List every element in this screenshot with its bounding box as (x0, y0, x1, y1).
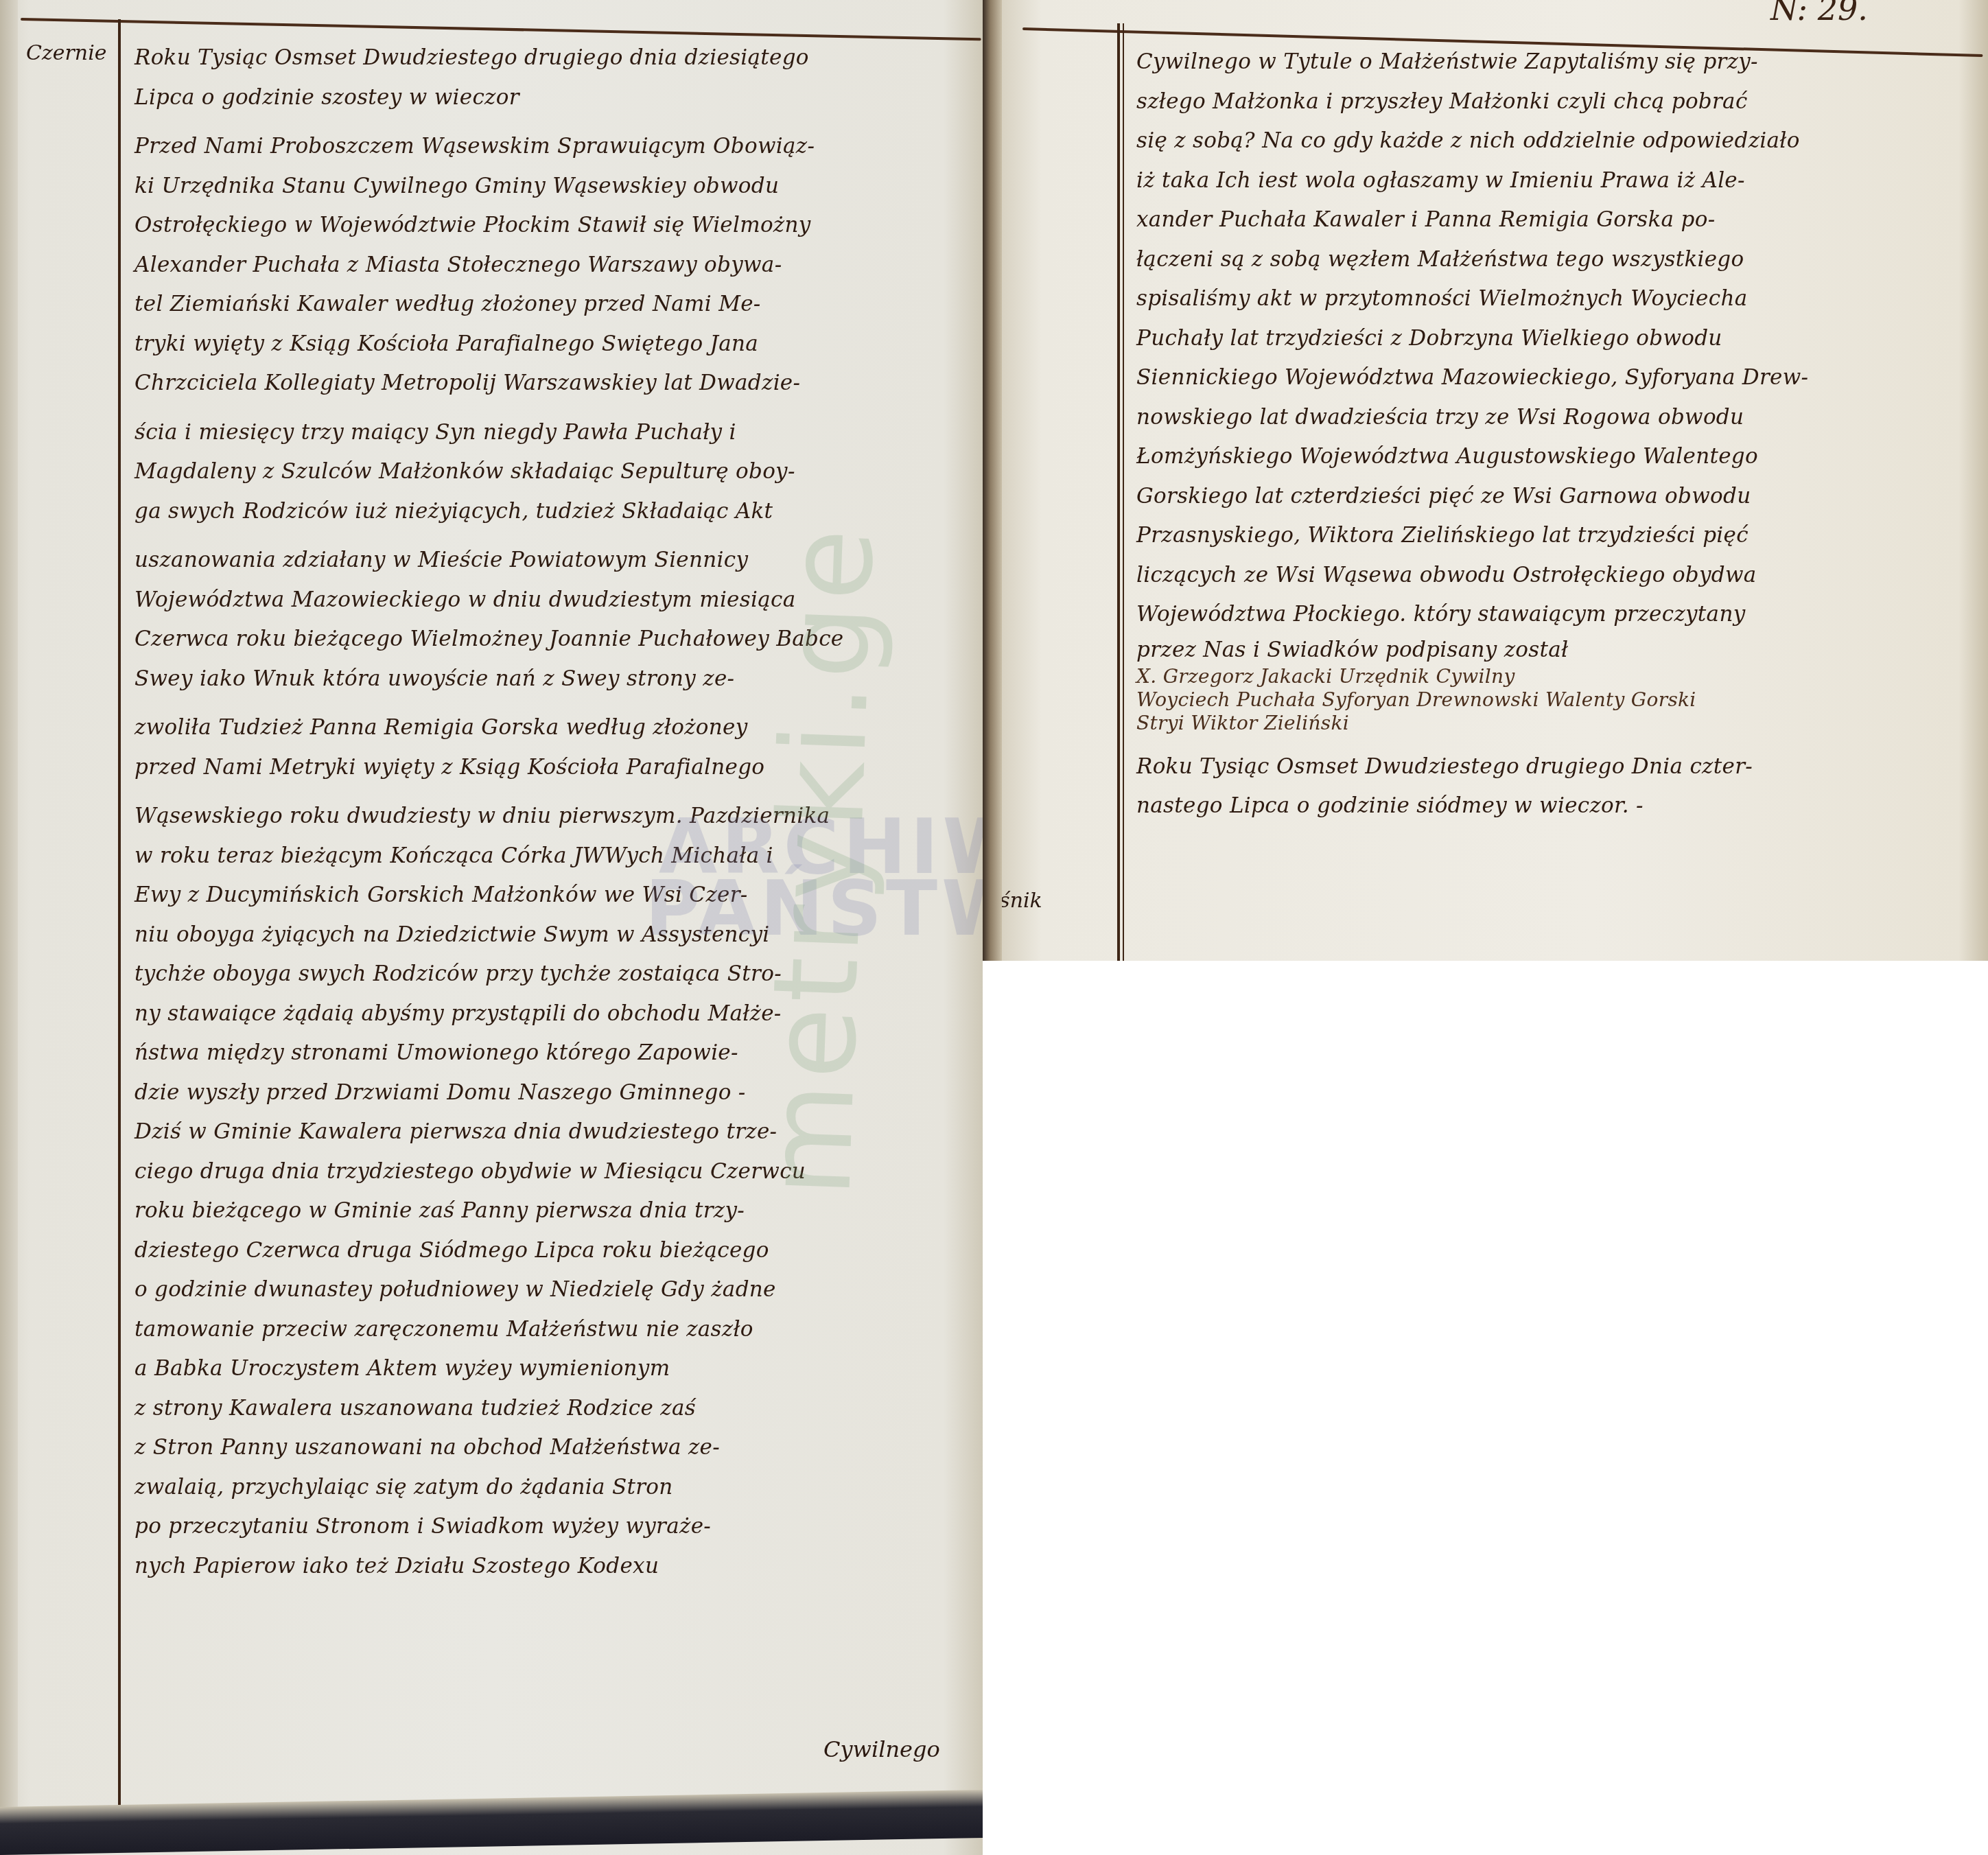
signature-line: Stryi Wiktor Zieliński (1136, 712, 1974, 735)
record-line: Roku Tysiąc Osmset Dwudziestego drugiego… (135, 38, 979, 78)
record-line: iż taka Ich iest wola ogłaszamy w Imieni… (1136, 161, 1974, 201)
margin-note-village: Rząśnik (1002, 889, 1042, 913)
signature-line: X. Grzegorz Jakacki Urzędnik Cywilny (1136, 665, 1974, 688)
record-line: tryki wyięty z Ksiąg Kościoła Parafialne… (135, 325, 979, 364)
record-line: Lipca o godzinie szostey w wieczor (135, 78, 979, 118)
record-line: Chrzciciela Kollegiaty Metropolij Warsza… (135, 364, 979, 404)
catchword: Cywilnego (823, 1736, 940, 1762)
record-line: Alexander Puchała z Miasta Stołecznego W… (135, 246, 979, 285)
record-line: Ostrołęckiego w Województwie Płockim Sta… (135, 206, 979, 246)
record-line: ki Urzędnika Stanu Cywilnego Gminy Wąsew… (135, 167, 979, 207)
record-line: Łomżyńskiego Województwa Augustowskiego … (1136, 437, 1974, 477)
record-line: tamowanie przeciw zaręczonemu Małżeństwu… (135, 1310, 979, 1350)
record-line: z Stron Panny uszanowani na obchod Małże… (135, 1428, 979, 1468)
margin-rule (1117, 23, 1120, 961)
record-line: Puchały lat trzydzieści z Dobrzyna Wielk… (1136, 319, 1974, 359)
record-line: Gorskiego lat czterdzieści pięć ze Wsi G… (1136, 477, 1974, 517)
record-line: Województwa Płockiego. który stawaiącym … (1136, 595, 1974, 635)
record-text: Cywilnego w Tytule o Małżeństwie Zapytal… (1136, 43, 1974, 826)
signature-line: Woyciech Puchała Syforyan Drewnowski Wal… (1136, 688, 1974, 712)
record-line: Siennickiego Województwa Mazowieckiego, … (1136, 358, 1974, 398)
record-line: nowskiego lat dwadzieścia trzy ze Wsi Ro… (1136, 398, 1974, 438)
record-line: tel Ziemiański Kawaler według złożoney p… (135, 285, 979, 325)
record-line: ścia i miesięcy trzy maiący Syn niegdy P… (135, 413, 979, 453)
margin-note-village: Czernie (26, 41, 107, 65)
left-page: Czernie Roku Tysiąc Osmset Dwudziestego … (0, 0, 983, 1855)
record-line: szłego Małżonka i przyszłey Małżonki czy… (1136, 82, 1974, 122)
right-page: N: 29. Cywilnego w Tytule o Małżeństwie … (1002, 0, 1988, 961)
record-line: dziestego Czerwca druga Siódmego Lipca r… (135, 1231, 979, 1271)
record-line: spisaliśmy akt w przytomności Wielmożnyc… (1136, 279, 1974, 319)
page-number: N: 29. (1770, 0, 1868, 27)
record-line: xander Puchała Kawaler i Panna Remigia G… (1136, 200, 1974, 240)
record-line: Przed Nami Proboszczem Wąsewskim Sprawui… (135, 127, 979, 167)
margin-rule (118, 19, 121, 1817)
margin-rule-inner (1123, 23, 1124, 961)
next-entry-line: nastego Lipca o godzinie siódmey w wiecz… (1136, 786, 1974, 826)
binding-edge (0, 0, 18, 1855)
record-line: nych Papierow iako też Działu Szostego K… (135, 1547, 979, 1587)
record-line: liczących ze Wsi Wąsewa obwodu Ostrołęck… (1136, 556, 1974, 596)
record-line: z strony Kawalera uszanowana tudzież Rod… (135, 1389, 979, 1429)
book-bottom-edge (0, 1790, 983, 1855)
top-rule (21, 18, 981, 40)
record-line: Cywilnego w Tytule o Małżeństwie Zapytal… (1136, 43, 1974, 82)
record-line: zwalaią, przychylaiąc się zatym do żądan… (135, 1468, 979, 1508)
watermark-metryki: metryki.ge (741, 522, 900, 1199)
book-gutter (983, 0, 1002, 961)
record-line: a Babka Uroczystem Aktem wyżey wymienion… (135, 1349, 979, 1389)
record-line: o godzinie dwunastey południowey w Niedz… (135, 1270, 979, 1310)
record-line: łączeni są z sobą węzłem Małżeństwa tego… (1136, 240, 1974, 280)
record-line: Magdaleny z Szulców Małżonków składaiąc … (135, 452, 979, 492)
record-line: przez Nas i Swiadków podpisany został (1136, 635, 1974, 665)
record-line: Przasnyskiego, Wiktora Zielińskiego lat … (1136, 516, 1974, 556)
record-line: się z sobą? Na co gdy każde z nich oddzi… (1136, 121, 1974, 161)
record-line: po przeczytaniu Stronom i Swiadkom wyżey… (135, 1507, 979, 1547)
next-entry-line: Roku Tysiąc Osmset Dwudziestego drugiego… (1136, 747, 1974, 787)
